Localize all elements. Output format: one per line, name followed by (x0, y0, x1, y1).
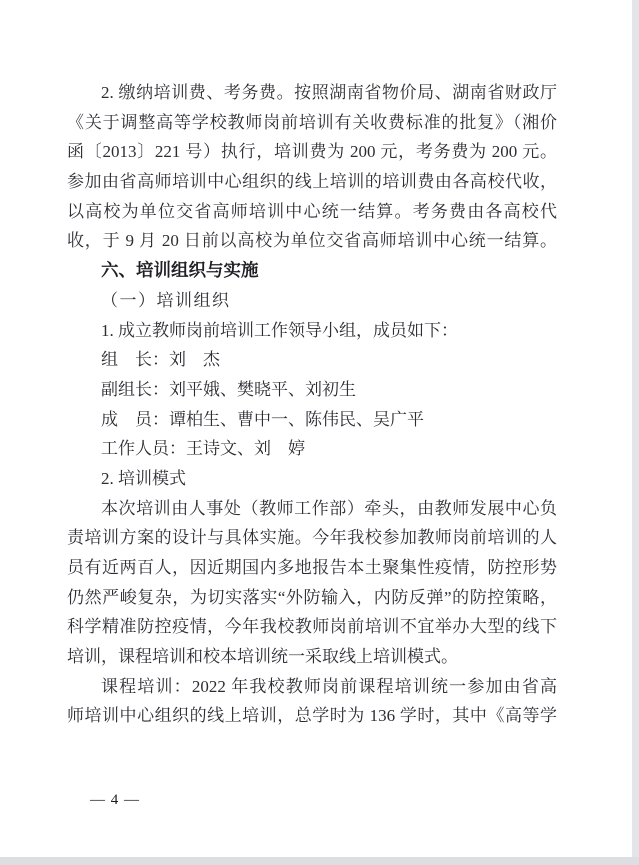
page-number: — 4 — (90, 789, 140, 811)
text-line: 本次培训由人事处（教师工作部）牵头，由教师发展中心负 (67, 494, 557, 524)
text-line: 师培训中心组织的线上培训，总学时为 136 学时，其中《高等学 (67, 701, 557, 731)
document-page: 2. 缴纳培训费、考务费。按照湖南省物价局、湖南省财政厅 《关于调整高等学校教师… (0, 0, 639, 865)
text-line: 科学精准防控疫情，今年我校教师岗前培训不宜举办大型的线下 (67, 612, 557, 642)
text-line: 1. 成立教师岗前培训工作领导小组，成员如下： (67, 316, 557, 346)
members-line: 成 员：谭柏生、曹中一、陈伟民、吴广平 (67, 405, 557, 435)
text-line: 收，于 9 月 20 日前以高校为单位交省高师培训中心统一结算。 (67, 226, 557, 256)
subsection-heading-training-organization: （一）培训组织 (67, 286, 557, 316)
text-line: 《关于调整高等学校教师岗前培训有关收费标准的批复》（湘价 (67, 108, 557, 138)
subsection-heading-training-mode: 2. 培训模式 (67, 464, 557, 494)
text-line: 课程培训：2022 年我校教师岗前课程培训统一参加由省高 (67, 672, 557, 702)
text-line: 2. 缴纳培训费、考务费。按照湖南省物价局、湖南省财政厅 (67, 78, 557, 108)
text-line: 责培训方案的设计与具体实施。今年我校参加教师岗前培训的人 (67, 523, 557, 553)
page-body: 2. 缴纳培训费、考务费。按照湖南省物价局、湖南省财政厅 《关于调整高等学校教师… (67, 78, 557, 731)
text-line: 参加由省高师培训中心组织的线上培训的培训费由各高校代收， (67, 167, 557, 197)
staff-line: 工作人员：王诗文、刘 婷 (67, 434, 557, 464)
text-line: 函〔2013〕221 号）执行，培训费为 200 元，考务费为 200 元。 (67, 137, 557, 167)
page-edge-bottom-shadow (0, 857, 639, 865)
page-edge-right-shadow (632, 0, 639, 865)
text-line: 仍然严峻复杂，为切实落实“外防输入，内防反弹”的防控策略， (67, 583, 557, 613)
text-line: 培训，课程培训和校本培训统一采取线上培训模式。 (67, 642, 557, 672)
deputy-leader-line: 副组长：刘平娥、樊晓平、刘初生 (67, 375, 557, 405)
leader-line: 组 长：刘 杰 (67, 345, 557, 375)
text-line: 员有近两百人，因近期国内多地报告本土聚集性疫情，防控形势 (67, 553, 557, 583)
text-line: 以高校为单位交省高师培训中心统一结算。考务费由各高校代 (67, 197, 557, 227)
section-heading-training-organization: 六、培训组织与实施 (67, 256, 557, 286)
